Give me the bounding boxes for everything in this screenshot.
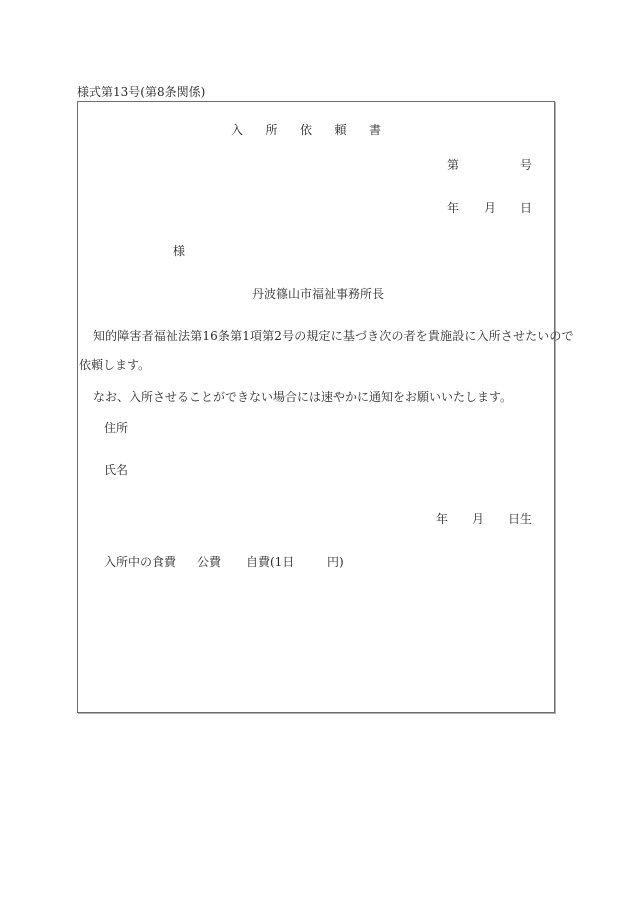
meal-cost-yen-suffix: 円) [327, 555, 344, 569]
birth-day-label: 日生 [508, 512, 532, 526]
issue-date-month-label: 月 [484, 201, 496, 215]
name-label: 氏名 [104, 463, 128, 477]
document-title: 入所依頼書 [231, 123, 404, 137]
birth-year-label: 年 [436, 512, 448, 526]
meal-cost-self-option: 自費(1日 [246, 555, 294, 569]
title-char: 依 [300, 123, 335, 137]
title-char: 書 [369, 123, 404, 137]
body-paragraph-1-line-1: 知的障害者福祉法第16条第1項第2号の規定に基づき次の者を貴施設に入所させたいの… [93, 329, 574, 343]
birth-month-label: 月 [472, 512, 484, 526]
meal-cost-public-option: 公費 [197, 555, 221, 569]
title-char: 入 [231, 123, 266, 137]
body-paragraph-2: なお、入所させることができない場合には速やかに通知をお願いいたします。 [93, 390, 512, 404]
issue-date-day-label: 日 [520, 201, 532, 215]
issue-date-year-label: 年 [447, 201, 459, 215]
document-number-prefix: 第 [447, 158, 459, 172]
sender-name: 丹波篠山市福祉事務所長 [252, 287, 384, 301]
address-label: 住所 [104, 421, 128, 435]
document-number-suffix: 号 [520, 158, 532, 172]
title-char: 頼 [335, 123, 370, 137]
addressee-honorific: 様 [173, 244, 185, 258]
title-char: 所 [266, 123, 301, 137]
form-frame [77, 101, 555, 713]
form-number-label: 様式第13号(第8条関係) [77, 85, 205, 99]
meal-cost-label: 入所中の食費 [104, 555, 176, 569]
body-paragraph-1-line-2: 依頼します。 [79, 358, 150, 372]
